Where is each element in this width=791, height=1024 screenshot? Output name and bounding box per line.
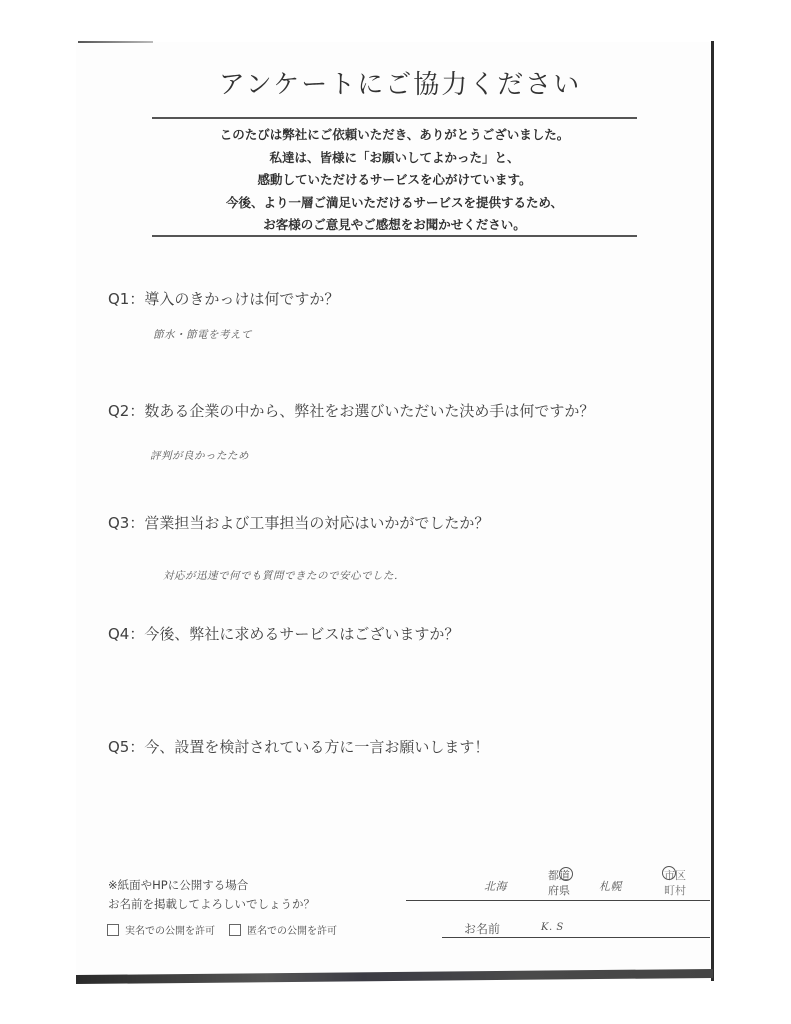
intro-line: このたびは弊社にご依頼いただき、ありがとうございました。 <box>152 124 637 147</box>
publish-note-line: ※紙面やHPに公開する場合 <box>108 876 315 895</box>
pref-selected-circle <box>559 867 573 881</box>
pref-suffix-bottom: 府県 <box>548 882 570 898</box>
option-real-name[interactable]: 実名での公開を許可 <box>107 922 215 937</box>
city-selected-circle <box>662 866 676 880</box>
prefecture-value[interactable]: 北海 <box>484 878 507 894</box>
question-2: Q2：数ある企業の中から、弊社をお選びいただいた決め手は何ですか？ <box>108 400 594 421</box>
publish-note-line: お名前を掲載してよろしいでしょうか？ <box>108 895 315 914</box>
checkbox-real-name[interactable] <box>107 924 119 936</box>
survey-title: アンケートにご協力ください <box>150 64 650 101</box>
address-underline <box>406 900 710 901</box>
intro-line: 感動していただけるサービスを心がけています。 <box>152 169 637 192</box>
city-value[interactable]: 札幌 <box>599 878 622 894</box>
scan-right-edge <box>711 41 714 981</box>
question-3: Q3：営業担当および工事担当の対応はいかがでしたか？ <box>108 512 489 533</box>
intro-line: 私達は、皆様に「お願いしてよかった」と、 <box>152 147 637 170</box>
name-label: お名前 <box>464 920 500 937</box>
intro-text: このたびは弊社にご依頼いただき、ありがとうございました。 私達は、皆様に「お願い… <box>152 124 637 237</box>
intro-line: 今後、より一層ご満足いただけるサービスを提供するため、 <box>152 192 637 215</box>
answer-3[interactable]: 対応が迅速で何でも質問できたので安心でした． <box>163 568 405 583</box>
city-suffix-bottom: 町村 <box>664 882 686 898</box>
name-value[interactable]: K. S <box>541 922 564 933</box>
question-1: Q1：導入のきかっけは何ですか？ <box>108 288 339 309</box>
option-real-name-label: 実名での公開を許可 <box>125 922 215 937</box>
intro-line: お客様のご意見やご感想をお聞かせください。 <box>152 214 637 237</box>
publish-options: 実名での公開を許可 匿名での公開を許可 <box>107 922 351 937</box>
answer-1[interactable]: 節水・節電を考えて <box>153 327 252 342</box>
option-anonymous-label: 匿名での公開を許可 <box>247 922 337 937</box>
name-underline <box>442 937 710 938</box>
scan-edge-smudge <box>78 41 153 43</box>
publish-note: ※紙面やHPに公開する場合 お名前を掲載してよろしいでしょうか？ <box>108 876 315 914</box>
title-rule-top <box>152 117 637 119</box>
answer-2[interactable]: 評判が良かったため <box>150 448 249 463</box>
option-anonymous[interactable]: 匿名での公開を許可 <box>229 922 337 937</box>
intro-rule-bottom <box>152 235 637 237</box>
question-5: Q5：今、設置を検討されている方に一言お願いします！ <box>108 736 489 757</box>
question-4: Q4：今後、弊社に求めるサービスはございますか？ <box>108 623 459 644</box>
checkbox-anonymous[interactable] <box>229 924 241 936</box>
